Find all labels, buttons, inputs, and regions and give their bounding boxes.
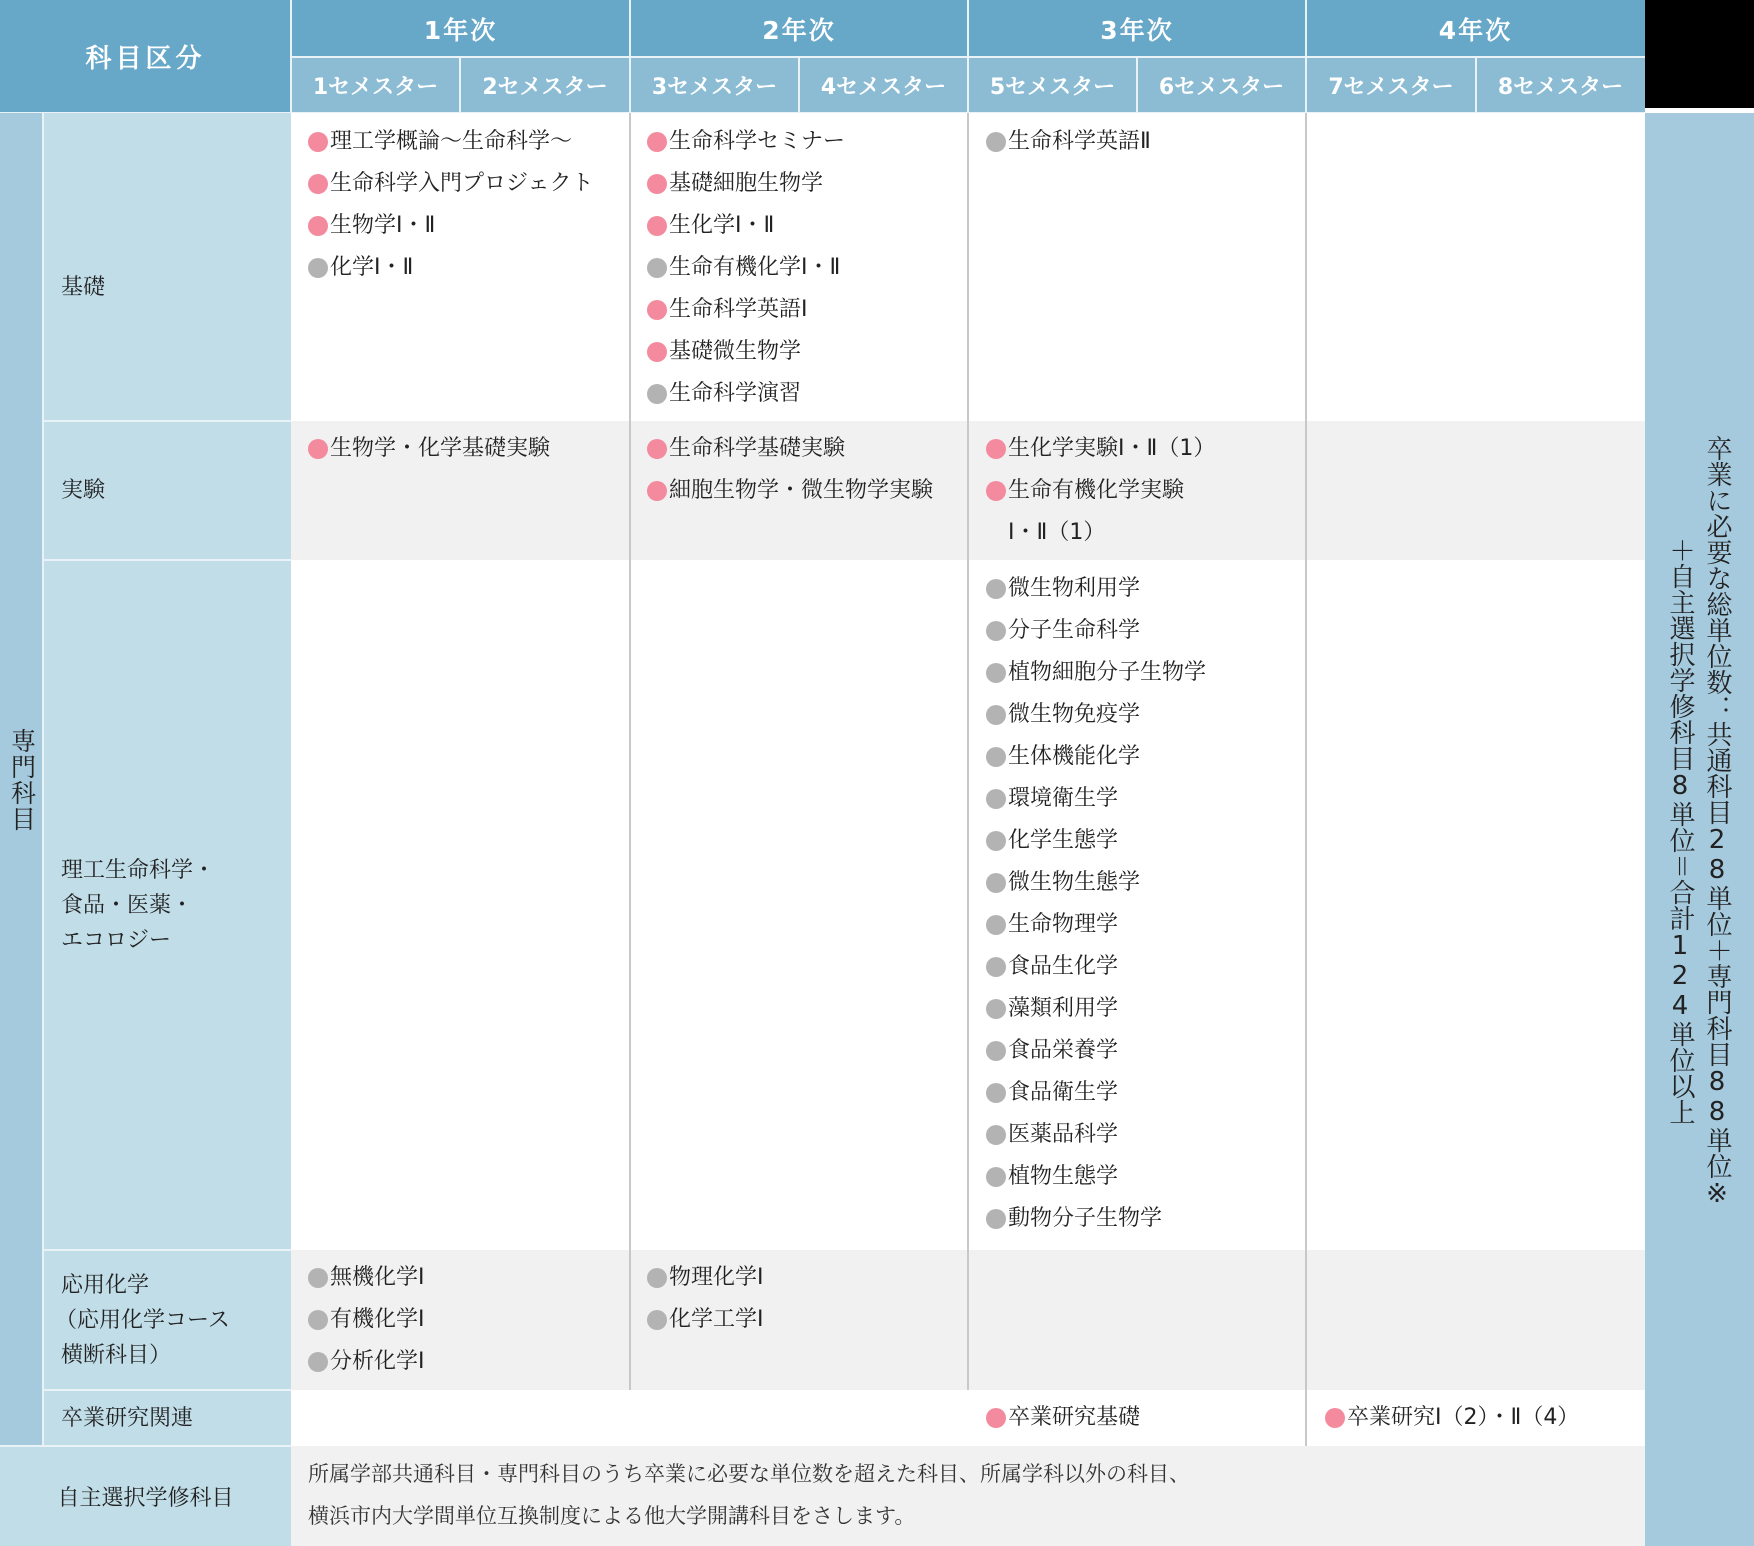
courses-applied-chem-year2: 物理化学Ⅰ 化学工学Ⅰ	[647, 1257, 764, 1341]
divider	[1305, 0, 1307, 113]
semester-header-5: 5セメスター	[968, 57, 1137, 113]
courses-basic-year3: 生命科学英語Ⅱ	[986, 121, 1151, 163]
course-item: 微生物免疫学	[986, 694, 1206, 736]
category-label-line: 応用化学	[55, 1268, 230, 1303]
courses-basic-year2: 生命科学セミナー 基礎細胞生物学 生化学Ⅰ・Ⅱ 生命有機化学Ⅰ・Ⅱ 生命科学英語…	[647, 121, 845, 415]
column-divider	[967, 113, 969, 1390]
elective-dot-icon	[647, 384, 667, 404]
course-item: 無機化学Ⅰ	[308, 1257, 425, 1299]
year-label: 1年次	[424, 11, 497, 47]
category-label-line: 理工生命科学・	[61, 853, 215, 888]
course-name: 卒業研究Ⅰ（2）・Ⅱ（4）	[1347, 1397, 1579, 1439]
course-name: 食品栄養学	[1008, 1030, 1118, 1072]
year-header-2: 2年次	[630, 0, 968, 57]
course-name: 食品生化学	[1008, 946, 1118, 988]
course-item: 生命科学入門プロジェクト	[308, 163, 594, 205]
semester-header-3: 3セメスター	[630, 57, 799, 113]
courses-life-science-year3: 微生物利用学 分子生命科学 植物細胞分子生物学 微生物免疫学 生体機能化学 環境…	[986, 568, 1206, 1240]
course-item: 化学工学Ⅰ	[647, 1299, 764, 1341]
divider	[0, 1445, 291, 1447]
course-item: 生化学Ⅰ・Ⅱ	[647, 205, 845, 247]
course-name: 生命科学英語Ⅱ	[1008, 121, 1151, 163]
required-dot-icon	[308, 439, 328, 459]
elective-dot-icon	[986, 873, 1006, 893]
elective-dot-icon	[986, 579, 1006, 599]
course-name: 生命科学入門プロジェクト	[330, 163, 594, 205]
course-name: 微生物利用学	[1008, 568, 1140, 610]
required-dot-icon	[308, 132, 328, 152]
course-name: 化学Ⅰ・Ⅱ	[330, 247, 413, 289]
course-item: 卒業研究Ⅰ（2）・Ⅱ（4）	[1325, 1397, 1579, 1439]
course-item: 分子生命科学	[986, 610, 1206, 652]
elective-dot-icon	[647, 258, 667, 278]
course-name: 動物分子生物学	[1008, 1198, 1162, 1240]
elective-dot-icon	[986, 789, 1006, 809]
divider	[42, 113, 44, 1446]
required-dot-icon	[308, 216, 328, 236]
course-item: 医薬品科学	[986, 1114, 1206, 1156]
description-line: 所属学部共通科目・専門科目のうち卒業に必要な単位数を超えた科目、所属学科以外の科…	[308, 1453, 1190, 1495]
course-name: 理工学概論〜生命科学〜	[330, 121, 572, 163]
courses-experiment-year2: 生命科学基礎実験 細胞生物学・微生物学実験	[647, 428, 933, 512]
divider	[43, 559, 291, 561]
required-dot-icon	[1325, 1408, 1345, 1428]
category-label-line: 横断科目）	[55, 1338, 230, 1373]
course-item: 分析化学Ⅰ	[308, 1341, 425, 1383]
specialized-subjects-text: 専門科目	[4, 728, 40, 832]
year-label: 2年次	[762, 11, 835, 47]
semester-label: 8セメスター	[1498, 70, 1623, 101]
semester-header-1: 1セメスター	[291, 57, 460, 113]
course-item: 藻類利用学	[986, 988, 1206, 1030]
course-item: 生命有機化学Ⅰ・Ⅱ	[647, 247, 845, 289]
column-divider	[629, 113, 631, 1390]
elective-dot-icon	[308, 1310, 328, 1330]
category-label-line: エコロジー	[61, 923, 215, 958]
category-basic: 基礎	[43, 113, 291, 421]
course-item: 基礎細胞生物学	[647, 163, 845, 205]
elective-dot-icon	[986, 957, 1006, 977]
course-name: 生物学・化学基礎実験	[330, 428, 550, 470]
courses-graduation-year3: 卒業研究基礎	[986, 1397, 1140, 1439]
graduation-requirement-line2: ＋自主選択学修科目8単位＝合計124単位以上	[1663, 537, 1697, 1125]
divider	[43, 1389, 291, 1391]
graduation-requirement-line1: 卒業に必要な総単位数：共通科目28単位＋専門科目88単位※	[1700, 435, 1734, 1209]
required-dot-icon	[647, 439, 667, 459]
year-header-1: 1年次	[291, 0, 630, 57]
course-item: 物理化学Ⅰ	[647, 1257, 764, 1299]
courses-experiment-year1: 生物学・化学基礎実験	[308, 428, 550, 470]
course-name: 無機化学Ⅰ	[330, 1257, 425, 1299]
required-dot-icon	[308, 174, 328, 194]
course-name: 生物学Ⅰ・Ⅱ	[330, 205, 435, 247]
course-item: 生命物理学	[986, 904, 1206, 946]
course-name: 植物生態学	[1008, 1156, 1118, 1198]
course-name: 細胞生物学・微生物学実験	[669, 470, 933, 512]
required-dot-icon	[647, 342, 667, 362]
category-header: 科目区分	[0, 0, 291, 113]
course-item: 微生物生態学	[986, 862, 1206, 904]
required-dot-icon	[647, 216, 667, 236]
semester-label: 1セメスター	[313, 70, 438, 101]
course-name: 基礎微生物学	[669, 331, 801, 373]
course-name: 微生物免疫学	[1008, 694, 1140, 736]
course-name: 生命有機化学Ⅰ・Ⅱ	[669, 247, 840, 289]
divider	[459, 57, 461, 113]
elective-dot-icon	[986, 1125, 1006, 1145]
course-item: 植物生態学	[986, 1156, 1206, 1198]
course-name: 卒業研究基礎	[1008, 1397, 1140, 1439]
course-name: 基礎細胞生物学	[669, 163, 823, 205]
course-item: 生命科学セミナー	[647, 121, 845, 163]
elective-dot-icon	[308, 1352, 328, 1372]
elective-dot-icon	[986, 1167, 1006, 1187]
elective-dot-icon	[986, 915, 1006, 935]
course-name: 環境衛生学	[1008, 778, 1118, 820]
semester-label: 6セメスター	[1159, 70, 1284, 101]
course-name: 化学生態学	[1008, 820, 1118, 862]
courses-basic-year1: 理工学概論〜生命科学〜 生命科学入門プロジェクト 生物学Ⅰ・Ⅱ 化学Ⅰ・Ⅱ	[308, 121, 594, 289]
course-item: 卒業研究基礎	[986, 1397, 1140, 1439]
category-label-line: 食品・医薬・	[61, 888, 215, 923]
semester-label: 3セメスター	[652, 70, 777, 101]
elective-dot-icon	[986, 705, 1006, 725]
elective-dot-icon	[986, 1209, 1006, 1229]
course-name: 化学工学Ⅰ	[669, 1299, 764, 1341]
elective-dot-icon	[308, 258, 328, 278]
description-line: 横浜市内大学間単位互換制度による他大学開講科目をさします。	[308, 1495, 1190, 1537]
elective-dot-icon	[986, 831, 1006, 851]
course-item-continuation: Ⅰ・Ⅱ（1）	[986, 512, 1215, 554]
category-label: 実験	[61, 473, 105, 508]
course-name: 生化学実験Ⅰ・Ⅱ（1）	[1008, 428, 1215, 470]
required-dot-icon	[647, 174, 667, 194]
category-applied-chemistry: 応用化学 （応用化学コース 横断科目）	[43, 1250, 291, 1390]
year-header-3: 3年次	[968, 0, 1306, 57]
elective-dot-icon	[986, 747, 1006, 767]
course-name: 生化学Ⅰ・Ⅱ	[669, 205, 774, 247]
category-label: 応用化学 （応用化学コース 横断科目）	[55, 1268, 230, 1373]
course-item: 微生物利用学	[986, 568, 1206, 610]
graduation-requirement-panel: 卒業に必要な総単位数：共通科目28単位＋専門科目88単位※ ＋自主選択学修科目8…	[1645, 113, 1754, 1546]
semester-header-2: 2セメスター	[460, 57, 630, 113]
course-name: 藻類利用学	[1008, 988, 1118, 1030]
courses-applied-chem-year1: 無機化学Ⅰ 有機化学Ⅰ 分析化学Ⅰ	[308, 1257, 425, 1383]
course-name: 分子生命科学	[1008, 610, 1140, 652]
course-item: 細胞生物学・微生物学実験	[647, 470, 933, 512]
specialized-subjects-label: 専門科目	[0, 113, 43, 1446]
year-label: 4年次	[1439, 11, 1512, 47]
course-name: 物理化学Ⅰ	[669, 1257, 764, 1299]
category-label: 理工生命科学・ 食品・医薬・ エコロジー	[61, 853, 215, 958]
elective-dot-icon	[308, 1268, 328, 1288]
course-item: 食品栄養学	[986, 1030, 1206, 1072]
divider	[629, 0, 631, 113]
divider	[798, 57, 800, 113]
semester-header-4: 4セメスター	[799, 57, 968, 113]
course-item: 生命科学英語Ⅰ	[647, 289, 845, 331]
required-dot-icon	[986, 481, 1006, 501]
category-label: 基礎	[61, 270, 105, 305]
semester-header-7: 7セメスター	[1306, 57, 1476, 113]
elective-dot-icon	[986, 1083, 1006, 1103]
course-item: 植物細胞分子生物学	[986, 652, 1206, 694]
elective-dot-icon	[986, 1041, 1006, 1061]
elective-dot-icon	[647, 1310, 667, 1330]
course-item: 有機化学Ⅰ	[308, 1299, 425, 1341]
semester-label: 7セメスター	[1328, 70, 1453, 101]
course-name: 生命科学基礎実験	[669, 428, 845, 470]
required-dot-icon	[647, 132, 667, 152]
category-experiment: 実験	[43, 421, 291, 560]
course-name: 有機化学Ⅰ	[330, 1299, 425, 1341]
year-label: 3年次	[1100, 11, 1173, 47]
course-name: 生命有機化学実験	[1008, 470, 1184, 512]
required-dot-icon	[986, 439, 1006, 459]
course-item: 動物分子生物学	[986, 1198, 1206, 1240]
elective-dot-icon	[986, 132, 1006, 152]
divider	[290, 0, 292, 113]
category-header-title: 科目区分	[85, 38, 205, 75]
column-divider	[1305, 113, 1307, 1446]
course-name: 食品衛生学	[1008, 1072, 1118, 1114]
category-graduation-research: 卒業研究関連	[43, 1390, 291, 1446]
course-item: 理工学概論〜生命科学〜	[308, 121, 594, 163]
course-item: 生命科学演習	[647, 373, 845, 415]
divider	[43, 420, 291, 422]
required-dot-icon	[647, 481, 667, 501]
category-life-science: 理工生命科学・ 食品・医薬・ エコロジー	[43, 560, 291, 1250]
semester-header-8: 8セメスター	[1476, 57, 1645, 113]
divider	[1475, 57, 1477, 113]
category-label-line: （応用化学コース	[55, 1303, 230, 1338]
course-item: 生体機能化学	[986, 736, 1206, 778]
course-item: 生命科学英語Ⅱ	[986, 121, 1151, 163]
course-item: 生化学実験Ⅰ・Ⅱ（1）	[986, 428, 1215, 470]
course-name: 生命科学英語Ⅰ	[669, 289, 808, 331]
category-self-selected: 自主選択学修科目	[0, 1446, 291, 1546]
course-name: 生命物理学	[1008, 904, 1118, 946]
course-name: 植物細胞分子生物学	[1008, 652, 1206, 694]
course-item: 食品衛生学	[986, 1072, 1206, 1114]
divider	[967, 0, 969, 113]
course-item: 化学Ⅰ・Ⅱ	[308, 247, 594, 289]
elective-dot-icon	[986, 999, 1006, 1019]
courses-graduation-year4: 卒業研究Ⅰ（2）・Ⅱ（4）	[1325, 1397, 1579, 1439]
semester-header-6: 6セメスター	[1137, 57, 1306, 113]
required-dot-icon	[647, 300, 667, 320]
semester-label: 4セメスター	[821, 70, 946, 101]
course-name: 生命科学セミナー	[669, 121, 845, 163]
course-item: 環境衛生学	[986, 778, 1206, 820]
elective-dot-icon	[986, 621, 1006, 641]
course-item: 生物学・化学基礎実験	[308, 428, 550, 470]
course-name: 生命科学演習	[669, 373, 801, 415]
category-label: 卒業研究関連	[61, 1401, 193, 1436]
course-name: 医薬品科学	[1008, 1114, 1118, 1156]
required-dot-icon	[986, 1408, 1006, 1428]
course-name: 微生物生態学	[1008, 862, 1140, 904]
course-item: 食品生化学	[986, 946, 1206, 988]
course-item: 化学生態学	[986, 820, 1206, 862]
course-item: 基礎微生物学	[647, 331, 845, 373]
corner-blank	[1645, 0, 1754, 108]
course-name: 分析化学Ⅰ	[330, 1341, 425, 1383]
courses-experiment-year3: 生化学実験Ⅰ・Ⅱ（1） 生命有機化学実験 Ⅰ・Ⅱ（1）	[986, 428, 1215, 554]
year-header-4: 4年次	[1306, 0, 1645, 57]
semester-label: 2セメスター	[482, 70, 607, 101]
category-label: 自主選択学修科目	[57, 1481, 233, 1512]
elective-dot-icon	[986, 663, 1006, 683]
self-selected-description: 所属学部共通科目・専門科目のうち卒業に必要な単位数を超えた科目、所属学科以外の科…	[308, 1453, 1190, 1537]
course-name: Ⅰ・Ⅱ（1）	[1008, 512, 1105, 554]
course-item: 生命科学基礎実験	[647, 428, 933, 470]
course-item: 生物学Ⅰ・Ⅱ	[308, 205, 594, 247]
course-name: 生体機能化学	[1008, 736, 1140, 778]
course-item: 生命有機化学実験	[986, 470, 1215, 512]
divider	[1136, 57, 1138, 113]
elective-dot-icon	[647, 1268, 667, 1288]
semester-label: 5セメスター	[990, 70, 1115, 101]
divider	[43, 1249, 291, 1251]
